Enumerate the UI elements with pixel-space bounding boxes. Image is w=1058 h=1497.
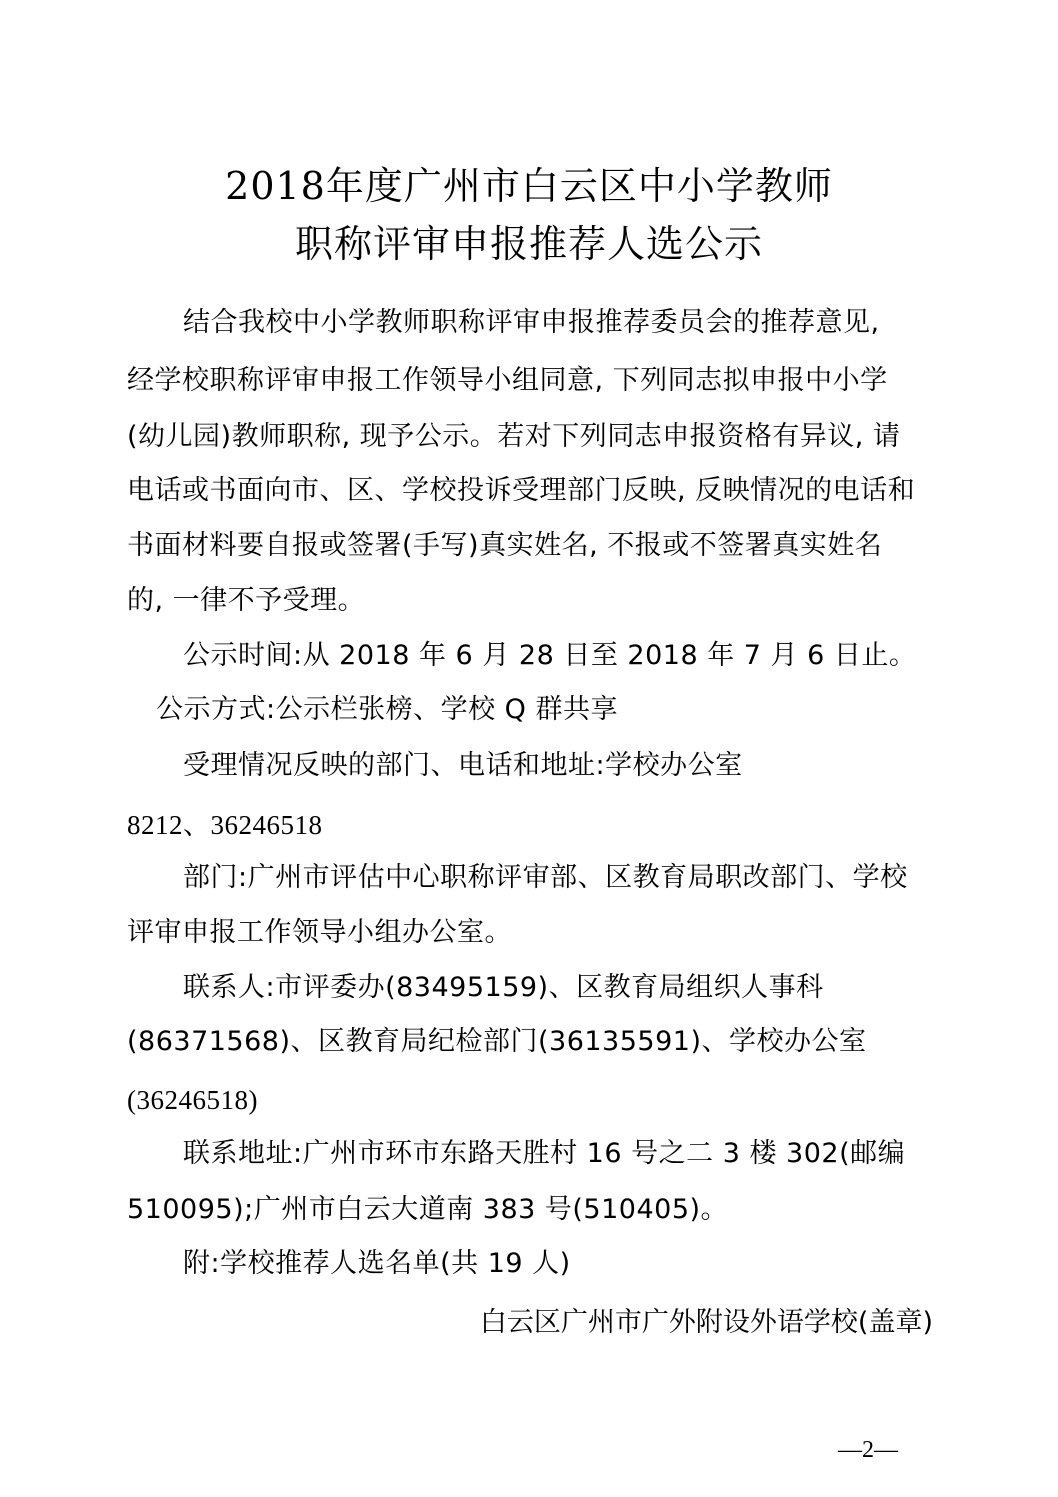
departments-line: 部门:广州市评估中心职称评审部、区教育局职改部门、学校 <box>183 861 908 895</box>
address-line: 联系地址:广州市环市东路天胜村 16 号之二 3 楼 302(邮编 <box>183 1137 905 1171</box>
complaint-phone: 8212、36246518 <box>127 808 323 842</box>
page-number: —2— <box>838 1435 898 1465</box>
contacts-line: 联系人:市评委办(83495159)、区教育局组织人事科 <box>183 971 824 1005</box>
document-page: 2018年度广州市白云区中小学教师 职称评审申报推荐人选公示 结合我校中小学教师… <box>0 0 1058 1497</box>
document-title-line-1: 2018年度广州市白云区中小学教师 <box>0 164 1058 208</box>
school-signature: 白云区广州市广外附设外语学校(盖章) <box>480 1306 933 1340</box>
contacts-line: (36246518) <box>127 1083 258 1117</box>
departments-line: 评审申报工作领导小组办公室。 <box>127 916 512 950</box>
body-paragraph-line: 经学校职称评审申报工作领导小组同意, 下列同志拟申报中小学 <box>127 364 888 398</box>
contacts-line: (86371568)、区教育局纪检部门(36135591)、学校办公室 <box>127 1025 867 1059</box>
body-paragraph-line: 的, 一律不予受理。 <box>127 584 365 618</box>
document-title-line-2: 职称评审申报推荐人选公示 <box>0 222 1058 266</box>
attachment-note: 附:学校推荐人选名单(共 19 人) <box>183 1247 571 1281</box>
address-line: 510095);广州市白云大道南 383 号(510405)。 <box>127 1193 728 1227</box>
body-paragraph-line: (幼儿园)教师职称, 现予公示。若对下列同志申报资格有异议, 请 <box>127 420 900 454</box>
body-paragraph-line: 书面材料要自报或签署(手写)真实姓名, 不报或不签署真实姓名 <box>127 529 882 563</box>
notice-period: 公示时间:从 2018 年 6 月 28 日至 2018 年 7 月 6 日止。 <box>183 639 916 673</box>
body-paragraph-line: 结合我校中小学教师职称评审申报推荐委员会的推荐意见, <box>183 306 880 340</box>
body-paragraph-line: 电话或书面向市、区、学校投诉受理部门反映, 反映情况的电话和 <box>127 474 915 508</box>
complaint-department: 受理情况反映的部门、电话和地址:学校办公室 <box>183 749 743 783</box>
notice-method: 公示方式:公示栏张榜、学校 Q 群共享 <box>156 693 618 727</box>
